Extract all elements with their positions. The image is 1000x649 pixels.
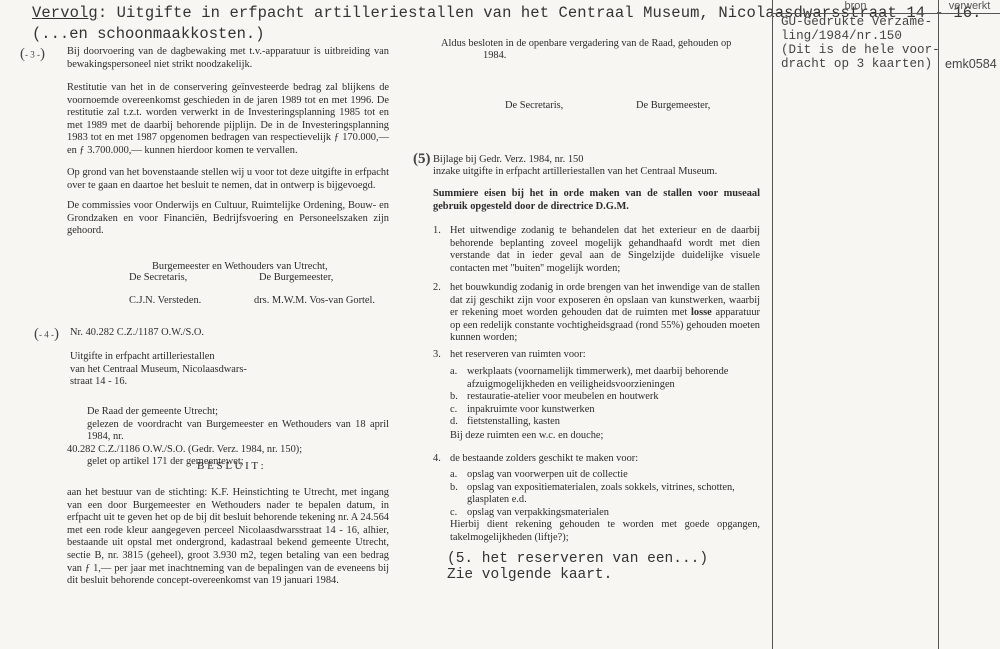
sublist-item-3: a.werkplaats (voornamelijk timmerwerk), … — [450, 366, 760, 429]
sublist-item: c.opslag van verpakkingsmaterialen — [450, 507, 760, 520]
summiere-eisen-heading: Summiere eisen bij het in orde maken van… — [433, 188, 760, 213]
list-item-3: 3. het reserveren van ruimten voor: — [433, 349, 760, 362]
verwerkt-value: emk0584 — [945, 57, 997, 71]
page-marker-3: (- 3 -) — [20, 46, 45, 63]
aldus-line-2: 1984. — [483, 50, 506, 63]
signature-burgemeester-name: drs. M.W.M. Vos-van Gortel. — [254, 295, 375, 308]
table-divider-left — [772, 0, 773, 649]
secretaris-label: De Secretaris, — [505, 100, 563, 113]
bijlage-line-1: Bijlage bij Gedr. Verz. 1984, nr. 150 — [433, 154, 583, 167]
sublist-item-4: a.opslag van voorwerpen uit de collectie… — [450, 469, 760, 519]
header-prefix: Vervolg — [32, 4, 98, 22]
decision-subject: Uitgifte in erfpacht artilleriestallen v… — [70, 351, 247, 389]
sublist-item: c.inpakruimte voor kunstwerken — [450, 404, 760, 417]
column-header-verwerkt: verwerkt — [939, 0, 1000, 12]
sublist-item: a.opslag van voorwerpen uit de collectie — [450, 469, 760, 482]
header-continuation: (...en schoonmaakkosten.) — [32, 25, 265, 43]
signature-secretaris-name: C.J.N. Versteden. — [129, 295, 201, 308]
aldus-line-1: Aldus besloten in de openbare vergaderin… — [441, 38, 731, 51]
besluit-heading: B E S L U I T : — [197, 460, 264, 472]
continued-note: (5. het reserveren van een...) Zie volge… — [447, 551, 708, 583]
bijlage-line-2: inzake uitgifte in erfpacht artilleriest… — [433, 166, 717, 179]
bron-value: GU-Gedrukte Verzame- ling/1984/nr.150 (D… — [781, 15, 940, 71]
list-item-4: 4. de bestaande zolders geschikt te make… — [433, 453, 760, 466]
decision-number: Nr. 40.282 C.Z./1187 O.W./S.O. — [70, 327, 204, 340]
item-3-note: Bij deze ruimten een w.c. en douche; — [450, 430, 603, 443]
sublist-item: a.werkplaats (voornamelijk timmerwerk), … — [450, 366, 760, 391]
signature-secretaris-label: De Secretaris, — [129, 272, 187, 285]
page-marker-4: (- 4 -) — [34, 326, 59, 343]
signature-burgemeester-label: De Burgemeester, — [259, 272, 333, 285]
paragraph-restitutie: Restitutie van het in de conservering ge… — [67, 82, 389, 158]
column-header-bron: bron — [773, 0, 938, 12]
sublist-item: b.opslag van expositiematerialen, zoals … — [450, 482, 760, 507]
paragraph-bewaking: Bij doorvoering van de dagbewaking met t… — [67, 46, 389, 71]
sublist-item: b.restauratie-atelier voor meubelen en h… — [450, 391, 760, 404]
table-divider-middle — [938, 0, 939, 649]
burgemeester-label: De Burgemeester, — [636, 100, 710, 113]
list-item-1: 1. Het uitwendige zodanig te behandelen … — [433, 225, 760, 275]
paragraph-commissies: De commissies voor Onderwijs en Cultuur,… — [67, 200, 389, 238]
sublist-item: d.fietstenstalling, kasten — [450, 416, 760, 429]
besluit-text: aan het bestuur van de stichting: K.F. H… — [67, 487, 389, 588]
table-header-rule — [772, 13, 1000, 14]
paragraph-op-grond: Op grond van het bovenstaande stellen wi… — [67, 167, 389, 192]
page-marker-5: (5) — [413, 151, 431, 168]
list-item-2: 2. het bouwkundig zodanig in orde brenge… — [433, 282, 760, 347]
item-4-note: Hierbij dient rekening gehouden te worde… — [450, 519, 760, 544]
